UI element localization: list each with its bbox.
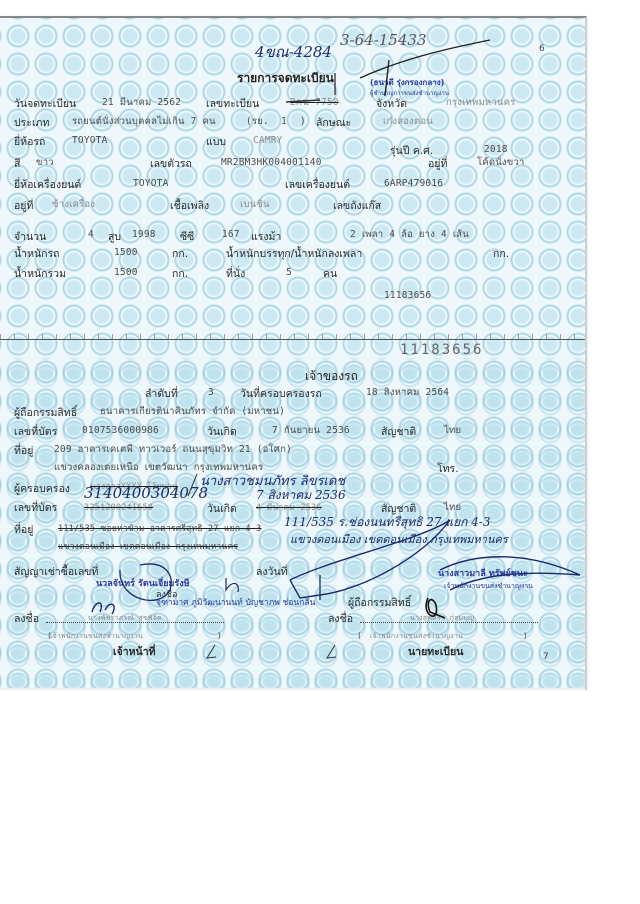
stamp2-position: เจ้าพนักงานขนส่งชำนาญงาน — [444, 580, 533, 592]
color: ขาว — [36, 157, 54, 169]
engine-brand: TOYOTA — [133, 178, 169, 190]
signer1-proxy: จุฑามาศ ภูมิวัฒนานนท์ บัญชาภพ ช่อนกลิ่น — [156, 597, 315, 609]
contract-date-label: ลงวันที่ — [256, 566, 288, 578]
color-label: สี — [14, 158, 20, 170]
chassis-location: โค้ดนั่งขวา — [477, 157, 525, 169]
section-title-owner: เจ้าของรถ — [305, 370, 358, 382]
possessor-new-address-line2: แขวงดอนเมือง เขตดอนเมือง กรุงเทพมหานคร — [290, 534, 508, 546]
model-year-label: รุ่นปี ค.ศ. — [390, 145, 433, 157]
paren-open: ( — [47, 630, 52, 642]
officer-position: เจ้าพนักงานขนส่งชำนาญงาน — [50, 630, 143, 642]
holder-id-label: เลขที่บัตร — [14, 426, 57, 438]
possessor-new-address-line1: 111/535 ร.ช่องนนทรีสุทธิ 27 แยก 4-3 — [284, 516, 491, 528]
sequence: 3 — [208, 387, 214, 399]
ry-code: 1 — [281, 116, 287, 128]
fuel: เบนซิน — [240, 199, 270, 211]
possessor-nationality-label: สัญชาติ — [381, 503, 416, 515]
cc-unit: ซีซี — [180, 231, 194, 243]
handwritten-file-number: 3-64-15433 — [340, 34, 426, 46]
engine-location-label: อยู่ที่ — [14, 200, 33, 212]
fuel-label: เชื้อเพลิง — [170, 200, 209, 212]
serial-number-fold: 11183656 — [400, 344, 483, 356]
possessor-old-id: 3251200241650 — [84, 502, 153, 514]
possessor-new-id: 3140400304078 — [84, 487, 208, 499]
officer-title: เจ้าหน้าที่ — [113, 646, 156, 658]
gross-weight-label: น้ำหนักรวม — [14, 268, 66, 280]
ry-label: (รย. — [246, 116, 269, 128]
vehicle-weight: 1500 — [114, 247, 138, 259]
holder-sign-label: ผู้ถือกรรมสิทธิ์ — [348, 597, 411, 609]
possessor-old-dob: 4 มีนาคม 2536 — [256, 502, 322, 514]
plate-number: 2กฆ 7750 — [290, 97, 339, 109]
province: กรุงเทพมหานคร — [446, 97, 515, 109]
engine-cc: 1998 — [132, 229, 156, 241]
axles-wheels: 2 เพลา 4 ล้อ ยาง 4 เส้น — [350, 229, 469, 241]
possessor-new-dob: 7 สิงหาคม 2536 — [256, 489, 346, 501]
possessor-new-name: นางสาวชมนภัทร ลิขรเดช — [200, 476, 345, 488]
load-weight-unit: กก. — [493, 248, 509, 260]
chassis-label: เลขตัวรถ — [150, 158, 192, 170]
sequence-label: ลำดับที่ — [145, 388, 178, 400]
horsepower-unit: แรงม้า — [251, 231, 281, 243]
reg-date: 21 มีนาคม 2562 — [102, 97, 181, 109]
registrar-position: เจ้าพนักงานขนส่งชำนาญงาน — [370, 630, 463, 642]
officer-sign-label: ลงชื่อ — [14, 613, 39, 625]
page-shadow — [0, 688, 585, 691]
page-number-bottom: 7 — [543, 652, 549, 662]
holder-id: 0107536000986 — [82, 425, 159, 437]
brand: TOYOTA — [72, 135, 108, 147]
holder-dob: 7 กันยายน 2536 — [272, 425, 350, 437]
possessor-old-address-line1: 111/535 ซอยท่าข้าม อาคารศรีสุทธิ 27 แยก … — [58, 523, 261, 535]
seats-unit: คน — [323, 268, 337, 280]
load-weight-label: น้ำหนักบรรทุก/น้ำหนักลงเพลา — [226, 248, 362, 260]
model-label: แบบ — [206, 136, 226, 148]
vehicle-type: รถยนต์นั่งส่วนบุคคลไม่เกิน 7 คน — [72, 116, 216, 128]
gas-tank-label: เลขถังแก๊ส — [333, 200, 381, 212]
cylinders-unit: สูบ — [108, 231, 121, 243]
gross-weight: 1500 — [114, 267, 138, 279]
holder-nationality: ไทย — [444, 425, 461, 437]
model-year: 2018 — [484, 144, 508, 156]
cylinders: 4 — [88, 229, 94, 241]
seats-label: ที่นั่ง — [226, 268, 245, 280]
possessor-address-label: ที่อยู่ — [14, 524, 33, 536]
paren-close-2: ) — [523, 630, 528, 642]
holder-nationality-label: สัญชาติ — [381, 426, 416, 438]
ownership-date-label: วันที่ครอบครองรถ — [240, 388, 322, 400]
holder-address-line1: 209 อาคารเคเคพี ทาวเวอร์ ถนนสุขุมวิท 21 … — [54, 444, 292, 456]
paren-close: ) — [217, 630, 222, 642]
holder-dob-label: วันเกิด — [207, 426, 237, 438]
fold-line — [0, 339, 585, 340]
possessor-id-label: เลขที่บัตร — [14, 502, 57, 514]
chassis-number: MR2BM3HK004001140 — [221, 157, 322, 169]
gross-weight-unit: กก. — [172, 268, 188, 280]
holder-address-label: ที่อยู่ — [14, 445, 33, 457]
holder-name: ธนาคารเกียรตินาคินภัทร จำกัด (มหาชน) — [100, 406, 285, 418]
paren-open-2: ( — [357, 630, 362, 642]
page-number-top: 6 — [539, 44, 545, 54]
ry-close: ) — [300, 116, 306, 128]
possessor-dob-label: วันเกิด — [207, 503, 237, 515]
registrar-name: นางสุพัตรา ภู่สมบุญ — [410, 612, 474, 624]
model: CAMRY — [253, 135, 283, 147]
engine-location: ข้างเครื่อง — [52, 199, 95, 211]
holder-address-line2: แขวงคลองเตยเหนือ เขตวัฒนา กรุงเทพมหานคร — [54, 462, 263, 474]
reg-date-label: วันจดทะเบียน — [14, 98, 76, 110]
handwritten-plate-note: 4ขณ-4284 — [255, 46, 332, 58]
engine-brand-label: ยี่ห้อเครื่องยนต์ — [14, 179, 81, 191]
engine-number-label: เลขเครื่องยนต์ — [285, 179, 350, 191]
registrar-title: นายทะเบียน — [408, 646, 463, 658]
possessor-label: ผู้ครอบครอง — [14, 483, 70, 495]
possessor-nationality: ไทย — [444, 502, 461, 514]
vehicle-weight-unit: กก. — [172, 248, 188, 260]
vehicle-type-label: ประเภท — [14, 117, 49, 129]
engine-number: 6ARP479016 — [384, 178, 443, 190]
ownership-date: 18 สิงหาคม 2564 — [366, 387, 449, 399]
chassis-location-label: อยู่ที่ — [428, 158, 447, 170]
body-style: เก๋งสองตอน — [383, 116, 433, 128]
section-title-registration: รายการจดทะเบียน — [237, 72, 334, 84]
province-label: จังหวัด — [376, 98, 407, 110]
phone-label: โทร. — [437, 463, 459, 475]
vehicle-weight-label: น้ำหนักรถ — [14, 248, 60, 260]
brand-label: ยี่ห้อรถ — [14, 136, 45, 148]
contract-label: สัญญาเช่าซื้อเลขที่ — [14, 566, 98, 578]
body-style-label: ลักษณะ — [316, 117, 351, 129]
holder-label: ผู้ถือกรรมสิทธิ์ — [14, 407, 77, 419]
plate-label: เลขทะเบียน — [206, 98, 259, 110]
seats: 5 — [286, 267, 292, 279]
officer-name: นางพัชราภรณ์ สุขพิจิต — [88, 612, 162, 624]
possessor-old-address-line2: แขวงดอนเมือง เขตดอนเมือง กรุงเทพมหานคร — [58, 541, 238, 553]
horsepower: 167 — [222, 229, 240, 241]
serial-number: 11183656 — [384, 290, 431, 302]
cylinders-label: จำนวน — [14, 231, 46, 243]
stamp2-name: นางสาวมาลี ทรัพย์ชนะ — [438, 568, 528, 580]
registrar-sign-label: ลงชื่อ — [328, 613, 353, 625]
